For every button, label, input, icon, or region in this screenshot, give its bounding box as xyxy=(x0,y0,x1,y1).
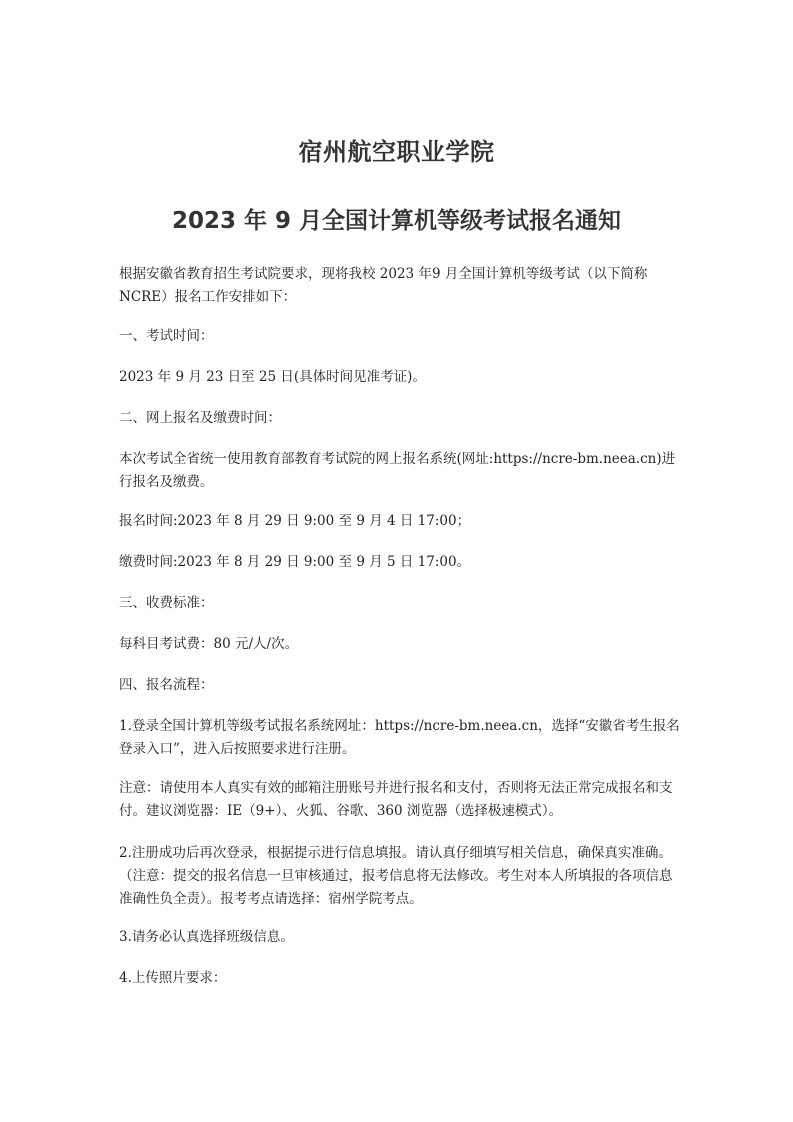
paragraph-note: 注意：请使用本人真实有效的邮箱注册账号并进行报名和支付，否则将无法正常完成报名和… xyxy=(119,777,684,823)
section-heading-fees: 三、收费标准： xyxy=(119,592,684,615)
document-subtitle: 2023 年 9 月全国计算机等级考试报名通知 xyxy=(0,202,793,235)
paragraph-step-2: 2.注册成功后再次登录，根据提示进行信息填报。请认真仔细填写相关信息，确保真实准… xyxy=(119,842,684,911)
paragraph-payment-period: 缴费时间:2023 年 8 月 29 日 9:00 至 9 月 5 日 17:0… xyxy=(119,551,684,574)
paragraph-registration-period: 报名时间:2023 年 8 月 29 日 9:00 至 9 月 4 日 17:0… xyxy=(119,510,684,533)
section-heading-registration-time: 二、网上报名及缴费时间： xyxy=(119,407,684,430)
document-title: 宿州航空职业学院 xyxy=(0,132,793,167)
section-heading-exam-time: 一、考试时间： xyxy=(119,325,684,348)
paragraph-intro: 根据安徽省教育招生考试院要求，现将我校 2023 年9 月全国计算机等级考试（以… xyxy=(119,263,684,309)
paragraph-fee-amount: 每科目考试费：80 元/人/次。 xyxy=(119,633,684,656)
paragraph-step-3: 3.请务必认真选择班级信息。 xyxy=(119,926,684,949)
paragraph-step-1: 1.登录全国计算机等级考试报名系统网址：https://ncre-bm.neea… xyxy=(119,715,684,761)
paragraph-exam-dates: 2023 年 9 月 23 日至 25 日(具体时间见准考证)。 xyxy=(119,366,684,389)
section-heading-process: 四、报名流程： xyxy=(119,674,684,697)
paragraph-step-4: 4.上传照片要求： xyxy=(119,967,684,990)
paragraph-registration-system: 本次考试全省统一使用教育部教育考试院的网上报名系统(网址:https://ncr… xyxy=(119,448,684,494)
